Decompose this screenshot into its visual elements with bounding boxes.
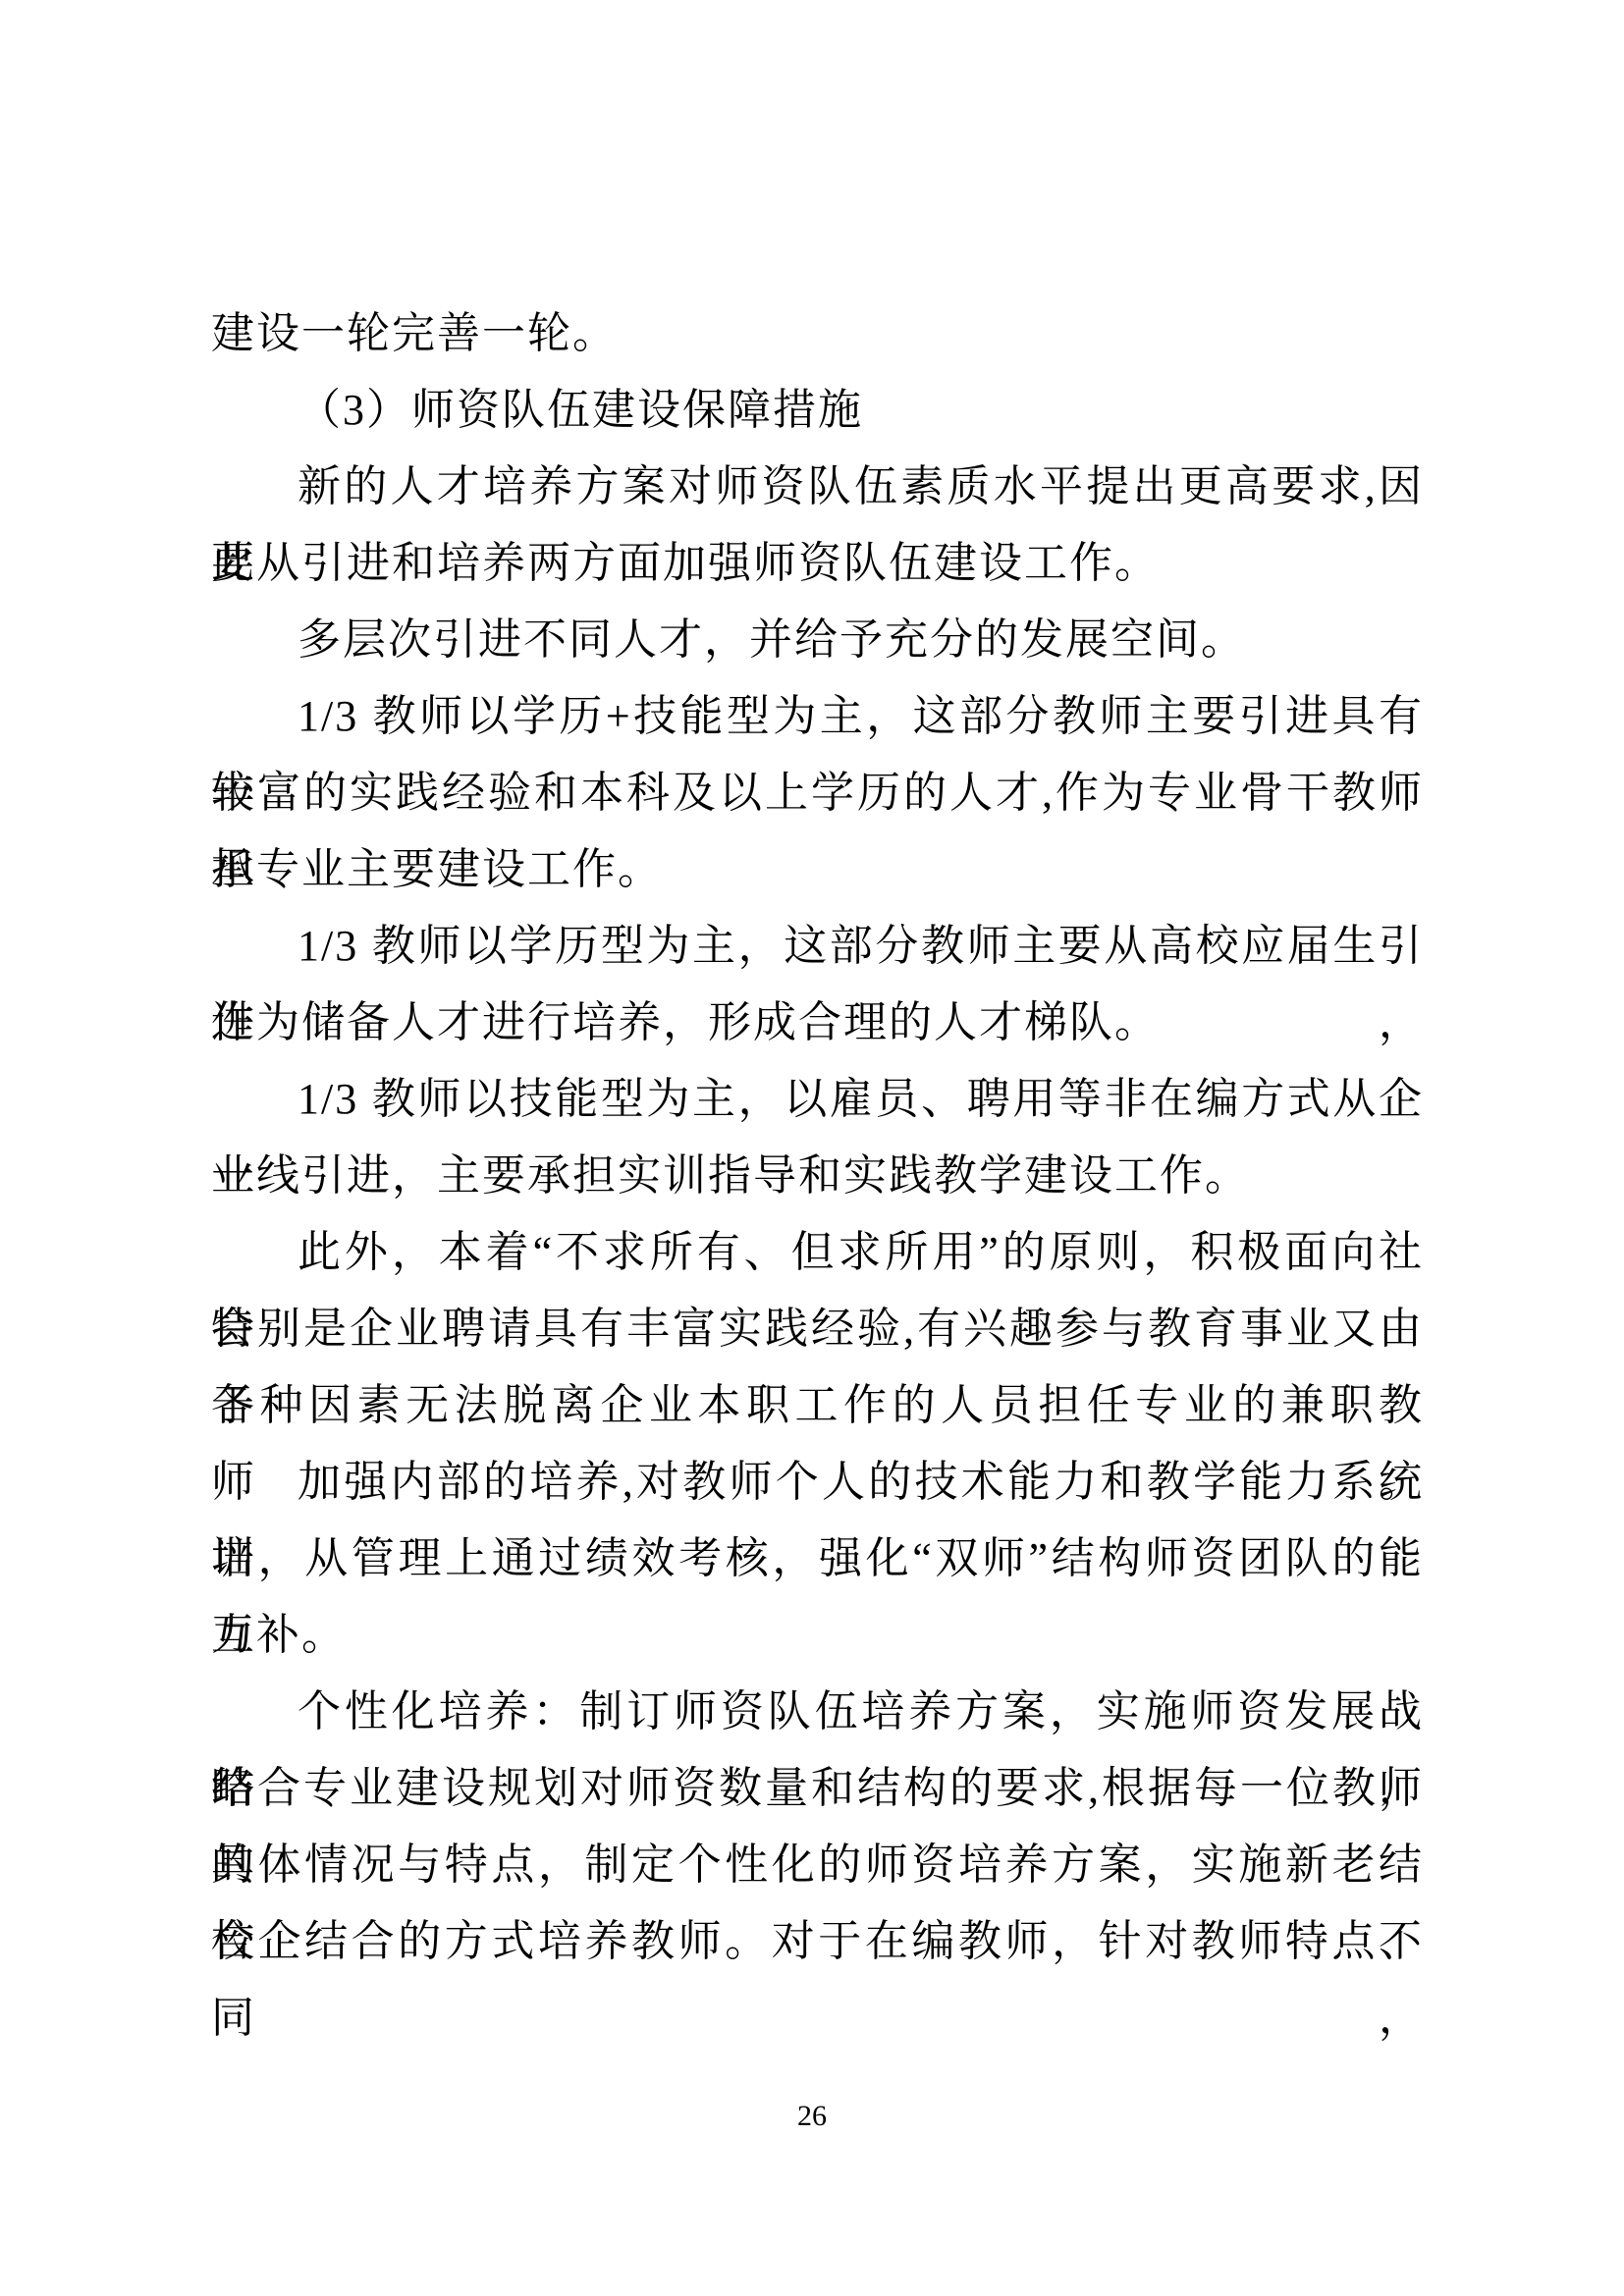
text-line: 1/3 教师以学历型为主，这部分教师主要从高校应届生引进， xyxy=(211,908,1424,985)
text-line: 新的人才培养方案对师资队伍素质水平提出更高要求,因此 xyxy=(211,449,1424,525)
text-line: 丰富的实践经验和本科及以上学历的人才,作为专业骨干教师承 xyxy=(211,755,1424,831)
paragraph: 建设一轮完善一轮。 xyxy=(211,295,1424,372)
text-line: 1/3 教师以学历+技能型为主，这部分教师主要引进具有较 xyxy=(211,678,1424,755)
text-line: 此外，本着“不求所有、但求所用”的原则，积极面向社会 xyxy=(211,1214,1424,1291)
document-body: 建设一轮完善一轮。（3）师资队伍建设保障措施新的人才培养方案对师资队伍素质水平提… xyxy=(211,295,1424,1980)
text-line: 具体情况与特点，制定个性化的师资培养方案，实施新老结合、 xyxy=(211,1827,1424,1903)
text-line: 个性化培养：制订师资队伍培养方案，实施师资发展战略， xyxy=(211,1674,1424,1750)
text-line: 担专业主要建设工作。 xyxy=(211,831,1424,908)
text-line: 特别是企业聘请具有丰富实践经验,有兴趣参与教育事业又由于 xyxy=(211,1291,1424,1367)
text-line: 互补。 xyxy=(211,1597,1424,1674)
paragraph: 此外，本着“不求所有、但求所用”的原则，积极面向社会特别是企业聘请具有丰富实践经… xyxy=(211,1214,1424,1444)
text-line: 加强内部的培养,对教师个人的技术能力和教学能力系统培 xyxy=(211,1444,1424,1521)
paragraph: 多层次引进不同人才，并给予充分的发展空间。 xyxy=(211,602,1424,678)
paragraph: 加强内部的培养,对教师个人的技术能力和教学能力系统培训，从管理上通过绩效考核，强… xyxy=(211,1444,1424,1674)
text-line: 训，从管理上通过绩效考核，强化“双师”结构师资团队的能力 xyxy=(211,1521,1424,1597)
text-line: 要从引进和培养两方面加强师资队伍建设工作。 xyxy=(211,525,1424,602)
paragraph: 1/3 教师以技能型为主，以雇员、聘用等非在编方式从企业一线引进，主要承担实训指… xyxy=(211,1061,1424,1214)
paragraph: 个性化培养：制订师资队伍培养方案，实施师资发展战略，结合专业建设规划对师资数量和… xyxy=(211,1674,1424,1980)
paragraph: 1/3 教师以学历+技能型为主，这部分教师主要引进具有较丰富的实践经验和本科及以… xyxy=(211,678,1424,908)
text-line: 各种因素无法脱离企业本职工作的人员担任专业的兼职教师。 xyxy=(211,1367,1424,1444)
text-line: （3）师资队伍建设保障措施 xyxy=(211,372,1424,449)
text-line: 1/3 教师以技能型为主，以雇员、聘用等非在编方式从企业 xyxy=(211,1061,1424,1138)
text-line: 建设一轮完善一轮。 xyxy=(211,295,1424,372)
text-line: 结合专业建设规划对师资数量和结构的要求,根据每一位教师的 xyxy=(211,1750,1424,1827)
text-line: 校企结合的方式培养教师。对于在编教师，针对教师特点不同， xyxy=(211,1903,1424,1980)
document-page: 建设一轮完善一轮。（3）师资队伍建设保障措施新的人才培养方案对师资队伍素质水平提… xyxy=(0,0,1624,2296)
text-line: 多层次引进不同人才，并给予充分的发展空间。 xyxy=(211,602,1424,678)
paragraph: 1/3 教师以学历型为主，这部分教师主要从高校应届生引进，作为储备人才进行培养，… xyxy=(211,908,1424,1061)
page-number: 26 xyxy=(0,2097,1624,2136)
paragraph: 新的人才培养方案对师资队伍素质水平提出更高要求,因此要从引进和培养两方面加强师资… xyxy=(211,449,1424,602)
text-line: 一线引进，主要承担实训指导和实践教学建设工作。 xyxy=(211,1138,1424,1214)
paragraph: （3）师资队伍建设保障措施 xyxy=(211,372,1424,449)
